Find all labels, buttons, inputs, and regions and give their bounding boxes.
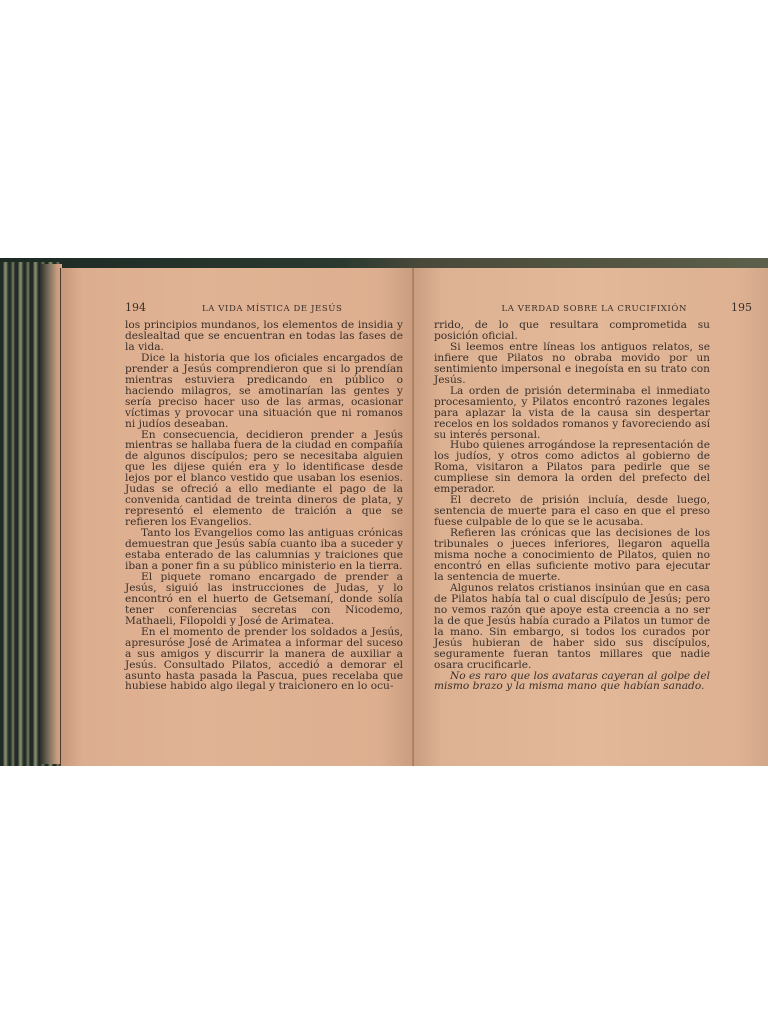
running-title-left: LA VIDA MÍSTICA DE JESÚS: [202, 304, 342, 314]
paragraph: Algunos relatos cristianos insinúan que …: [434, 583, 710, 671]
running-title-right: LA VERDAD SOBRE LA CRUCIFIXIÓN: [501, 304, 687, 314]
paragraph: El piquete romano encargado de prender a…: [125, 572, 403, 627]
paragraph: Si leemos entre líneas los antiguos rela…: [434, 342, 710, 386]
paragraph: En consecuencia, decidieron prender a Je…: [125, 430, 403, 529]
left-page-header: 194 LA VIDA MÍSTICA DE JESÚS: [125, 301, 395, 314]
page-number-left: 194: [125, 301, 146, 314]
paragraph-italic: No es raro que los avataras cayeran al g…: [434, 671, 710, 693]
book-cover-edge: [0, 258, 768, 268]
right-page: LA VERDAD SOBRE LA CRUCIFIXIÓN 195 rrido…: [414, 268, 768, 766]
paragraph: Tanto los Evangelios como las antiguas c…: [125, 528, 403, 572]
page-number-right: 195: [731, 301, 752, 314]
right-page-body: rrido, de lo que resultara comprometida …: [434, 320, 710, 692]
paragraph: Refieren las crónicas que las decisiones…: [434, 528, 710, 583]
paragraph: La orden de prisión determinaba el inmed…: [434, 386, 710, 441]
paragraph: rrido, de lo que resultara comprometida …: [434, 320, 710, 342]
paragraph: los principios mundanos, los elementos d…: [125, 320, 403, 353]
page-edges-shadow: [40, 264, 62, 764]
right-page-header: LA VERDAD SOBRE LA CRUCIFIXIÓN 195: [484, 301, 752, 314]
left-page: 194 LA VIDA MÍSTICA DE JESÚS los princip…: [60, 268, 415, 766]
left-page-body: los principios mundanos, los elementos d…: [125, 320, 403, 692]
paragraph: Dice la historia que los oficiales encar…: [125, 353, 403, 430]
paragraph: En el momento de prender los soldados a …: [125, 627, 403, 693]
paragraph: Hubo quienes arrogándose la representaci…: [434, 440, 710, 495]
paragraph: El decreto de prisión incluía, desde lue…: [434, 495, 710, 528]
